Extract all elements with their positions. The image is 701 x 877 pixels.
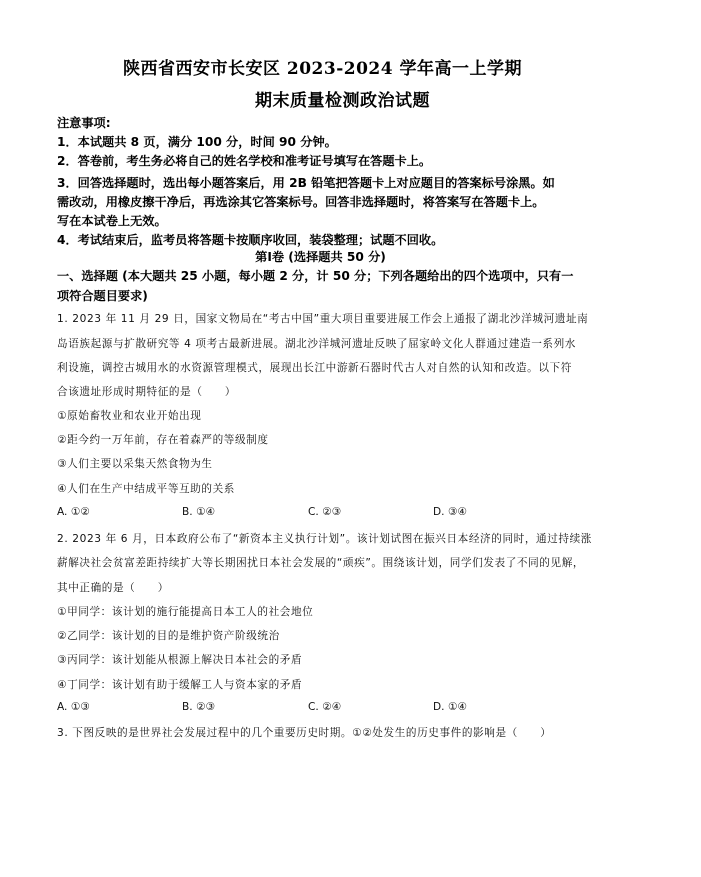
q1-stem: 合该遗址形成时期特征的是（ ） <box>57 384 236 399</box>
exam-page: 陕西省西安市长安区 2023-2024 学年高一上学期 期末质量检测政治试题 注… <box>0 0 701 877</box>
q2-option-d[interactable]: D. ①④ <box>433 701 467 713</box>
notice-item: 写在本试卷上无效。 <box>57 212 167 231</box>
exam-title-line1: 陕西省西安市长安区 2023-2024 学年高一上学期 <box>0 54 673 79</box>
q1-option-c[interactable]: C. ②③ <box>308 506 341 518</box>
q2-statement: ③丙同学：该计划能从根源上解决日本社会的矛盾 <box>57 652 302 667</box>
q2-statement: ①甲同学：该计划的施行能提高日本工人的社会地位 <box>57 604 313 619</box>
q2-statement: ②乙同学：该计划的目的是维护资产阶级统治 <box>57 628 280 643</box>
notice-item: 3．回答选择题时，选出每小题答案后，用 2B 铅笔把答题卡上对应题目的答案标号涂… <box>57 174 555 193</box>
q1-option-b[interactable]: B. ①④ <box>182 506 215 518</box>
q1-statement: ③人们主要以采集天然食物为生 <box>57 456 213 471</box>
exam-title-line2: 期末质量检测政治试题 <box>0 86 693 111</box>
q1-statement: ②距今约一万年前，存在着森严的等级制度 <box>57 432 269 447</box>
q2-option-c[interactable]: C. ②④ <box>308 701 341 713</box>
q1-statement: ①原始畜牧业和农业开始出现 <box>57 408 201 423</box>
q1-stem: 1. 2023 年 11 月 29 日，国家文物局在“考古中国”重大项目重要进展… <box>57 311 588 326</box>
part1-heading: 第Ⅰ卷 (选择题共 50 分) <box>0 248 671 265</box>
q2-option-a[interactable]: A. ①③ <box>57 701 90 713</box>
q3-stem: 3. 下图反映的是世界社会发展过程中的几个重要历史时期。①②处发生的历史事件的影… <box>57 725 551 740</box>
notice-item: 1．本试题共 8 页，满分 100 分，时间 90 分钟。 <box>57 133 337 152</box>
q2-stem: 薪解决社会贫富差距持续扩大等长期困扰日本社会发展的“顽疾”。围绕该计划，同学们发… <box>57 555 584 570</box>
section1-intro: 一、选择题 (本大题共 25 小题，每小题 2 分，计 50 分；下列各题给出的… <box>57 267 573 286</box>
q2-option-b[interactable]: B. ②③ <box>182 701 215 713</box>
notice-item: 需改动，用橡皮擦干净后，再选涂其它答案标号。回答非选择题时，将答案写在答题卡上。 <box>57 193 545 212</box>
notice-heading: 注意事项: <box>57 114 111 133</box>
q1-stem: 岛语族起源与扩散研究等 4 项考古最新进展。湖北沙洋城河遗址反映了屈家岭文化人群… <box>57 336 576 351</box>
q1-option-a[interactable]: A. ①② <box>57 506 90 518</box>
section1-intro: 项符合题目要求) <box>57 287 148 306</box>
q1-stem: 利设施，调控古城用水的水资源管理模式，展现出长江中游新石器时代古人对自然的认知和… <box>57 360 572 375</box>
q2-statement: ④丁同学：该计划有助于缓解工人与资本家的矛盾 <box>57 677 302 692</box>
q2-stem: 其中正确的是（ ） <box>57 580 169 595</box>
notice-item: 2．答卷前，考生务必将自己的姓名学校和准考证号填写在答题卡上。 <box>57 152 431 171</box>
q1-statement: ④人们在生产中结成平等互助的关系 <box>57 481 235 496</box>
q2-stem: 2. 2023 年 6 月，日本政府公布了“新资本主义执行计划”。该计划试图在振… <box>57 531 592 546</box>
q1-option-d[interactable]: D. ③④ <box>433 506 467 518</box>
